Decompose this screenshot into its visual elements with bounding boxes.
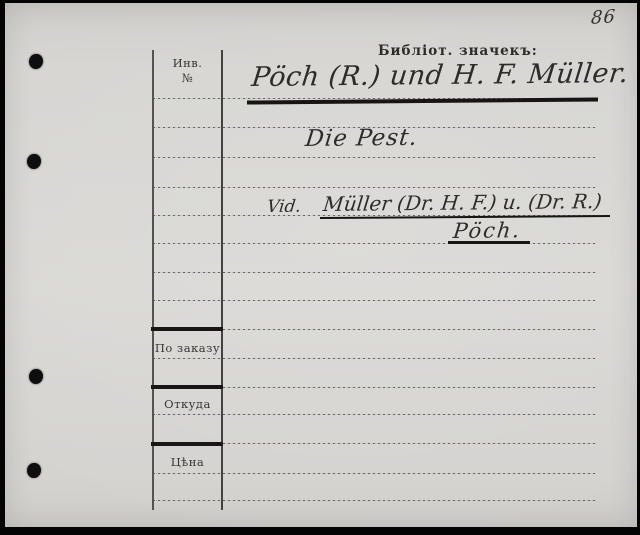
- section-divider-bar: [151, 442, 223, 446]
- column-rule-left: [152, 50, 154, 510]
- ruled-line: [153, 187, 596, 188]
- handwritten-author-entry: Pöch (R.) und H. F. Müller.: [250, 58, 630, 93]
- handwritten-vid-label: Vid.: [266, 197, 302, 217]
- handwritten-title: Die Pest.: [304, 125, 419, 152]
- ruled-line: [153, 300, 596, 301]
- cross-reference-name-underline: [448, 241, 530, 244]
- ruled-line: [153, 272, 596, 273]
- ruled-line: [153, 414, 596, 415]
- library-mark-header: Библіот. значекъ:: [378, 43, 538, 59]
- section-divider-bar: [151, 327, 223, 331]
- ruled-line: [153, 358, 596, 359]
- inventory-number-label: Инв. №: [153, 56, 222, 86]
- handwritten-cross-reference-name: Pöch.: [452, 218, 523, 243]
- whence-label: Откуда: [153, 397, 222, 411]
- page-number: 86: [590, 6, 616, 29]
- scanned-catalog-card: 86 Инв. № По заказу Откуда Цѣна Библіот.…: [0, 0, 640, 535]
- ruled-line: [153, 500, 596, 501]
- section-divider-bar: [151, 385, 223, 389]
- by-order-label: По заказу: [153, 341, 222, 355]
- handwritten-cross-reference: Müller (Dr. H. F.) u. (Dr. R.): [322, 189, 603, 216]
- ruled-line: [153, 157, 596, 158]
- inventory-label-line1: Инв.: [153, 56, 222, 71]
- price-label: Цѣна: [153, 455, 222, 469]
- ruled-line: [153, 473, 596, 474]
- inventory-label-line2: №: [153, 71, 222, 86]
- column-rule-right: [221, 50, 223, 510]
